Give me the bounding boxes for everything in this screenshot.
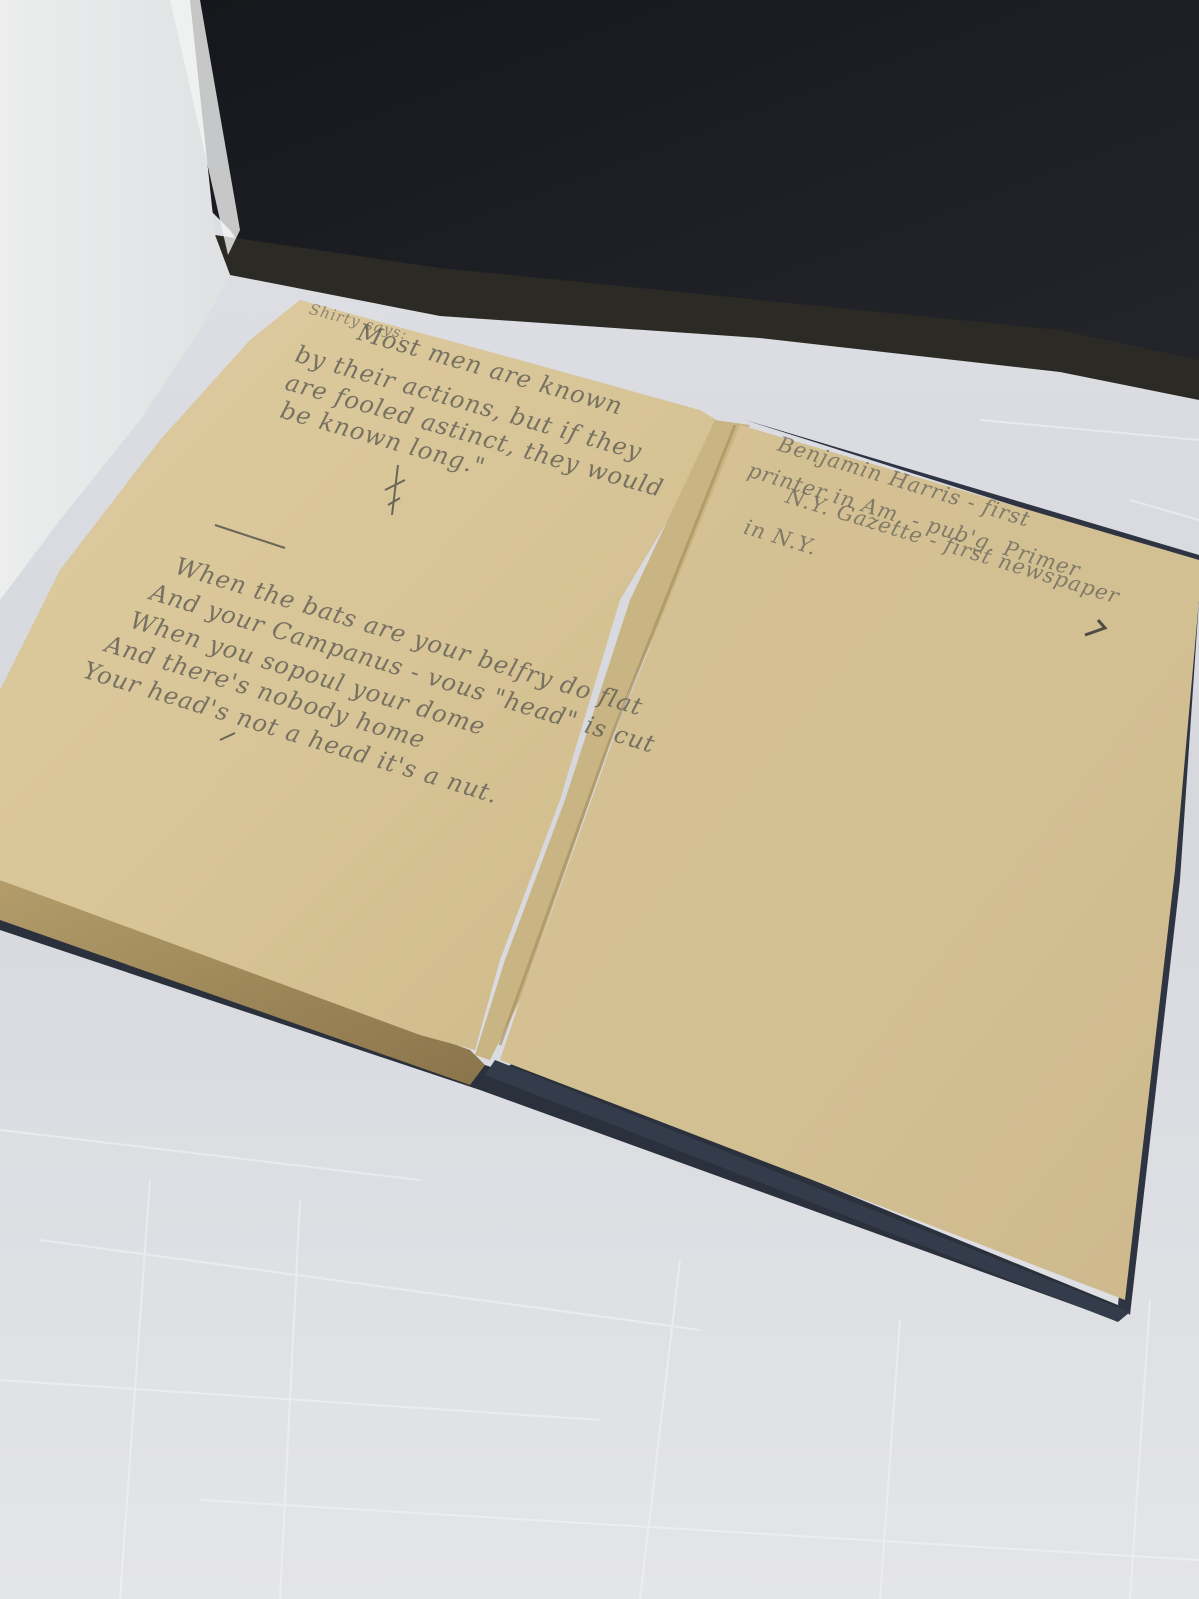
scene-geometry [0,0,1199,1599]
photo-scene: Shirty says: Most men are known by their… [0,0,1199,1599]
